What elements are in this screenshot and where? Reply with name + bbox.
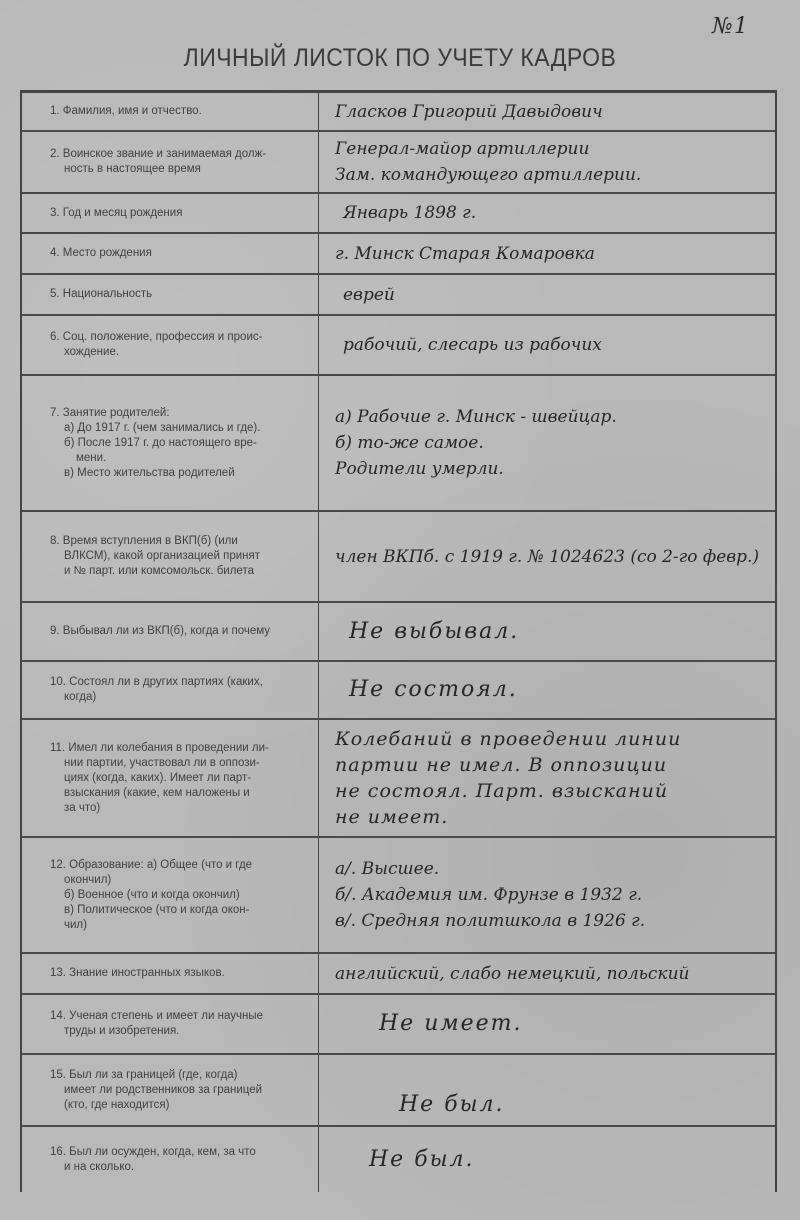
field-answer: Не был. <box>319 1127 775 1192</box>
form-row: 7. Занятие родителей:а) До 1917 г. (чем … <box>22 374 775 510</box>
field-label: 12. Образование: а) Общее (что и гдеокон… <box>22 838 319 952</box>
field-label: 7. Занятие родителей:а) До 1917 г. (чем … <box>22 376 319 510</box>
handwritten-answer-line: Зам. командующего артиллерии. <box>335 162 765 188</box>
handwritten-answer-line: б) то-же самое. <box>335 430 765 456</box>
field-label-line: 15. Был ли за границей (где, когда) <box>50 1068 302 1083</box>
field-answer: еврей <box>319 275 775 314</box>
field-label-line: 12. Образование: а) Общее (что и где <box>50 858 302 873</box>
form-row: 11. Имел ли колебания в проведении ли-ни… <box>22 718 775 836</box>
field-label: 9. Выбывал ли из ВКП(б), когда и почему <box>22 603 319 660</box>
form-row: 2. Воинское звание и занимаемая долж-нос… <box>22 130 775 192</box>
field-label-line: имеет ли родственников за границей <box>50 1083 302 1098</box>
field-label-line: 2. Воинское звание и занимаемая долж- <box>50 147 302 162</box>
field-label-line: ность в настоящее время <box>50 162 302 177</box>
field-label: 5. Национальность <box>22 275 319 314</box>
field-label-line: 7. Занятие родителей: <box>50 406 302 421</box>
field-answer: Гласков Григорий Давыдович <box>319 93 775 130</box>
field-answer: Не имеет. <box>319 995 775 1053</box>
handwritten-answer-line: еврей <box>343 282 765 308</box>
personnel-form-table: 1. Фамилия, имя и отчество.Гласков Григо… <box>20 90 777 1192</box>
field-label-line: 9. Выбывал ли из ВКП(б), когда и почему <box>50 624 302 639</box>
field-label-line: 8. Время вступления в ВКП(б) (или <box>50 534 302 549</box>
field-answer: Январь 1898 г. <box>319 194 775 232</box>
form-row: 5. Национальностьеврей <box>22 273 775 314</box>
field-label-line: и на сколько. <box>50 1160 302 1175</box>
field-label-line: 5. Национальность <box>50 287 302 302</box>
field-label-line: циях (когда, каких). Имеет ли парт- <box>50 771 302 786</box>
field-answer: а/. Высшее.б/. Академия им. Фрунзе в 193… <box>319 838 775 952</box>
field-label-line: 3. Год и месяц рождения <box>50 206 302 221</box>
handwritten-answer-line: рабочий, слесарь из рабочих <box>343 332 765 358</box>
form-row: 4. Место рожденияг. Минск Старая Комаров… <box>22 232 775 273</box>
field-label: 3. Год и месяц рождения <box>22 194 319 232</box>
field-label-line: 1. Фамилия, имя и отчество. <box>50 104 302 119</box>
handwritten-answer-line: Не выбывал. <box>349 619 765 645</box>
form-row: 8. Время вступления в ВКП(б) (илиВЛКСМ),… <box>22 510 775 601</box>
field-label-line: в) Место жительства родителей <box>50 466 302 481</box>
field-label-line: 13. Знание иностранных языков. <box>50 966 302 981</box>
handwritten-answer-line: Гласков Григорий Давыдович <box>335 99 765 125</box>
handwritten-answer-line: не имеет. <box>335 804 765 830</box>
handwritten-answer-line: Генерал-майор артиллерии <box>335 136 765 162</box>
field-label-line: б) Военное (что и когда окончил) <box>50 888 302 903</box>
field-answer: Генерал-майор артиллерииЗам. командующег… <box>319 132 775 192</box>
field-answer: а) Рабочие г. Минск - швейцар.б) то-же с… <box>319 376 775 510</box>
field-answer: Не был. <box>319 1055 775 1125</box>
handwritten-answer-line: Не состоял. <box>349 677 765 703</box>
field-answer: Колебаний в проведении линиипартии не им… <box>319 720 775 836</box>
field-label: 2. Воинское звание и занимаемая долж-нос… <box>22 132 319 192</box>
field-label-line: мени. <box>50 451 302 466</box>
handwritten-answer-line: а) Рабочие г. Минск - швейцар. <box>335 404 765 430</box>
handwritten-answer-line: Январь 1898 г. <box>343 200 765 226</box>
field-label-line: (кто, где находится) <box>50 1098 302 1113</box>
handwritten-answer-line: а/. Высшее. <box>335 856 765 882</box>
field-answer: рабочий, слесарь из рабочих <box>319 316 775 374</box>
handwritten-answer-line: не состоял. Парт. взысканий <box>335 778 765 804</box>
form-row: 13. Знание иностранных языков.английский… <box>22 952 775 993</box>
field-answer: Не состоял. <box>319 662 775 718</box>
handwritten-answer-line: партии не имел. В оппозиции <box>335 752 765 778</box>
field-answer: член ВКПб. с 1919 г. № 1024623 (со 2-го … <box>319 512 775 601</box>
field-label: 4. Место рождения <box>22 234 319 273</box>
field-label-line: 10. Состоял ли в других партиях (каких, <box>50 675 302 690</box>
form-row: 15. Был ли за границей (где, когда)имеет… <box>22 1053 775 1125</box>
field-label: 14. Ученая степень и имеет ли научныетру… <box>22 995 319 1053</box>
handwritten-answer-line: член ВКПб. с 1919 г. № 1024623 (со 2-го … <box>335 544 765 570</box>
field-label-line: хождение. <box>50 345 302 360</box>
field-label: 10. Состоял ли в других партиях (каких,к… <box>22 662 319 718</box>
field-label: 15. Был ли за границей (где, когда)имеет… <box>22 1055 319 1125</box>
field-label-line: 4. Место рождения <box>50 246 302 261</box>
field-label-line: 11. Имел ли колебания в проведении ли- <box>50 741 302 756</box>
field-label-line: за что) <box>50 801 302 816</box>
field-label-line: 16. Был ли осужден, когда, кем, за что <box>50 1145 302 1160</box>
form-row: 6. Соц. положение, профессия и проис-хож… <box>22 314 775 374</box>
handwritten-answer-line: Не был. <box>369 1147 765 1173</box>
handwritten-answer-line: б/. Академия им. Фрунзе в 1932 г. <box>335 882 765 908</box>
field-answer: г. Минск Старая Комаровка <box>319 234 775 273</box>
field-label-line: окончил) <box>50 873 302 888</box>
handwritten-answer-line: Колебаний в проведении линии <box>335 726 765 752</box>
handwritten-answer-line: Не имеет. <box>379 1011 765 1037</box>
form-row: 16. Был ли осужден, когда, кем, за чтои … <box>22 1125 775 1192</box>
form-row: 3. Год и месяц рожденияЯнварь 1898 г. <box>22 192 775 232</box>
field-label-line: б) После 1917 г. до настоящего вре- <box>50 436 302 451</box>
field-label-line: ВЛКСМ), какой организацией принят <box>50 549 302 564</box>
field-answer: Не выбывал. <box>319 603 775 660</box>
form-row: 10. Состоял ли в других партиях (каких,к… <box>22 660 775 718</box>
field-label: 13. Знание иностранных языков. <box>22 954 319 993</box>
handwritten-answer-line: английский, слабо немецкий, польский <box>335 961 765 987</box>
field-label: 6. Соц. положение, профессия и проис-хож… <box>22 316 319 374</box>
form-row: 12. Образование: а) Общее (что и гдеокон… <box>22 836 775 952</box>
field-label-line: когда) <box>50 690 302 705</box>
field-label-line: 14. Ученая степень и имеет ли научные <box>50 1009 302 1024</box>
field-label: 8. Время вступления в ВКП(б) (илиВЛКСМ),… <box>22 512 319 601</box>
document-number: №1 <box>712 14 749 39</box>
handwritten-answer-line: в/. Средняя политшкола в 1926 г. <box>335 908 765 934</box>
form-row: 14. Ученая степень и имеет ли научныетру… <box>22 993 775 1053</box>
field-label-line: 6. Соц. положение, профессия и проис- <box>50 330 302 345</box>
field-label-line: а) До 1917 г. (чем занимались и где). <box>50 421 302 436</box>
field-answer: английский, слабо немецкий, польский <box>319 954 775 993</box>
field-label: 16. Был ли осужден, когда, кем, за чтои … <box>22 1127 319 1192</box>
field-label: 11. Имел ли колебания в проведении ли-ни… <box>22 720 319 836</box>
field-label-line: в) Политическое (что и когда окон- <box>50 903 302 918</box>
handwritten-answer-line: Не был. <box>399 1092 765 1118</box>
handwritten-answer-line: г. Минск Старая Комаровка <box>335 241 765 267</box>
field-label: 1. Фамилия, имя и отчество. <box>22 93 319 130</box>
field-label-line: труды и изобретения. <box>50 1024 302 1039</box>
field-label-line: чил) <box>50 918 302 933</box>
field-label-line: взыскания (какие, кем наложены и <box>50 786 302 801</box>
field-label-line: и № парт. или комсомольск. билета <box>50 564 302 579</box>
form-row: 1. Фамилия, имя и отчество.Гласков Григо… <box>22 90 775 130</box>
field-label-line: нии партии, участвовал ли в оппози- <box>50 756 302 771</box>
page-title: ЛИЧНЫЙ ЛИСТОК ПО УЧЕТУ КАДРОВ <box>32 44 768 73</box>
handwritten-answer-line: Родители умерли. <box>335 456 765 482</box>
form-row: 9. Выбывал ли из ВКП(б), когда и почемуН… <box>22 601 775 660</box>
